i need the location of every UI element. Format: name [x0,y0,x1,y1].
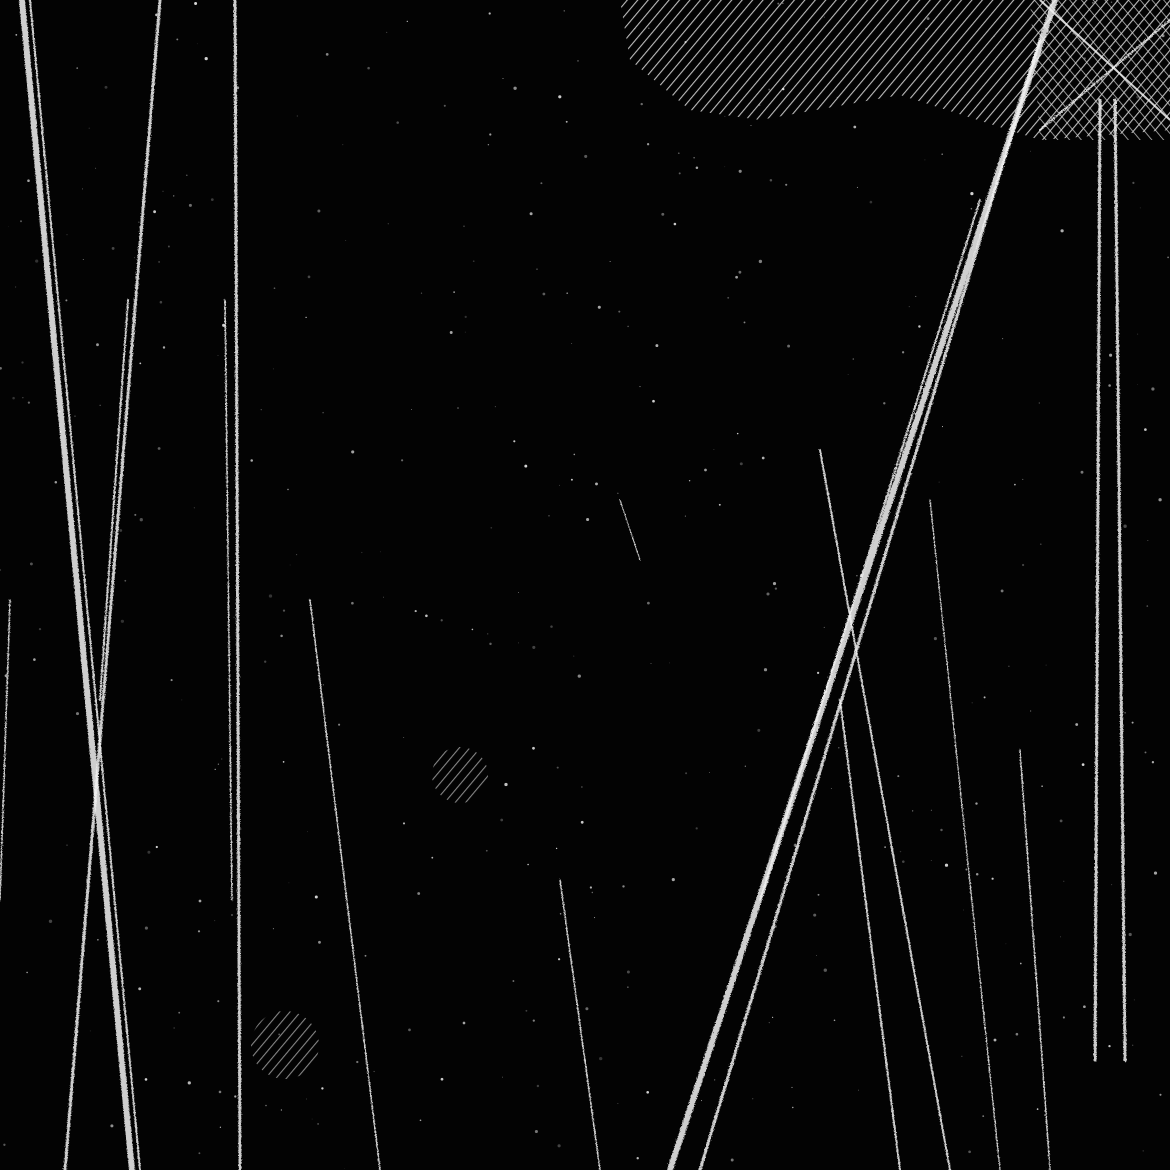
scratch-texture-image [0,0,1170,1170]
scratch-texture-art [0,0,1170,1170]
